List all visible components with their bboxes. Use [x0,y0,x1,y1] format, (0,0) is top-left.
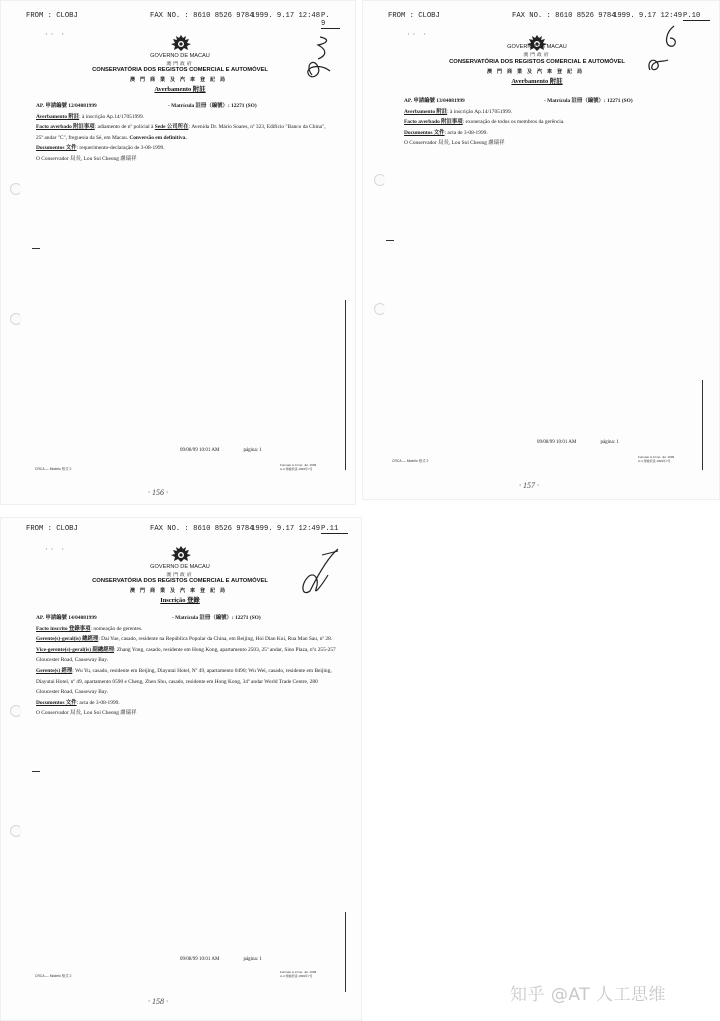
fax-number: FAX NO. : 8610 8526 9784 [150,525,254,533]
fax-page-2: FROM : CLOBJ FAX NO. : 8610 8526 9784 19… [362,0,720,500]
line-documentos: Documentos 文件: acta de 3-08-1999. [36,698,336,709]
footer-format: Formato A-4 Imp. Jul. 1999 A-4 規格紙張 1999… [280,970,316,978]
footer-model: CRCA — Modelo 格式 2 [35,466,71,471]
scan-edge-line [702,380,703,470]
ap-number: AP. 申請編號 12/04081999 [36,103,97,109]
line-facto-averbado: Facto averbado 附註事項: exoneração de todos… [404,117,699,128]
fax-datetime: 1999. 9.17 12:49 [613,12,682,20]
fax-datetime: 1999. 9.17 12:49 [251,525,320,533]
fax-page-number: P.11 [321,525,348,534]
fax-datetime: 1999. 9.17 12:48 [251,12,320,20]
macau-emblem-icon [170,545,192,563]
punch-hole [10,313,22,325]
footer-timestamp: 09/08/99 10:01 AMpágina: 1 [537,440,619,445]
punch-hole [374,174,386,186]
punch-hole [10,825,22,837]
fax-from: FROM : CLOBJ [388,12,440,20]
scan-specks: ·· · [407,30,429,39]
fax-number: FAX NO. : 8610 8526 9784 [150,12,254,20]
stamp-page-number: · 158 · [148,997,168,1006]
gov-title: GOVERNO DE MACAU [80,53,280,59]
fax-page-number: P.10 [683,12,710,21]
conservatoria-title-cn: 澳門商業及汽車登記局 [50,76,310,83]
signature-icon [300,35,340,85]
scan-edge-line [345,300,346,470]
stamp-page-number: · 157 · [519,481,539,490]
punch-hole [374,303,386,315]
conservatoria-title: CONSERVATÓRIA DOS REGISTOS COMERCIAL E A… [407,59,667,65]
footer-model: CRCA — Modelo 格式 2 [35,973,71,978]
punch-hole [10,705,22,717]
record-body: AP. 申請編號 13/04081999 - Matrícula 註冊（編號）:… [404,96,699,149]
document-type: Averbamento 附註 [437,76,637,85]
record-body: AP. 申請編號 14/04081999 - Matrícula 註冊（編號）:… [36,613,336,719]
footer-timestamp: 09/08/99 10:01 AMpágina: 1 [180,448,262,453]
line-vice-gerente-geral: Vice-gerente(s)-geral(is) 副總經理: Zhang Yo… [36,645,336,666]
matricula: - Matrícula 註冊（編號）: 12271 (SO) [172,613,261,624]
fold-mark [386,240,394,241]
fold-mark [32,771,40,772]
footer-format: Formato A-4 Imp. Jul. 1999 A-4 規格紙張 1999… [638,455,674,463]
footer-timestamp: 09/08/99 10:01 AMpágina: 1 [180,957,262,962]
line-facto-inscrito: Facto inscrito 登錄事項: nomeação de gerente… [36,624,336,635]
scan-edge-line [345,912,346,992]
line-averbamento: Averbamento 附註: à inscrição Ap.14/170519… [36,112,331,123]
fax-page-number: P. 9 [321,12,340,29]
ap-number: AP. 申請編號 13/04081999 [404,98,465,104]
punch-hole [10,183,22,195]
record-body: AP. 申請編號 12/04081999 - Matrícula 註冊（編號）:… [36,101,331,165]
line-averbamento: Averbamento 附註: à inscrição Ap.14/170519… [404,107,699,118]
footer-model: CRCA — Modelo 格式 2 [392,458,428,463]
scan-specks: ·· · [45,30,67,39]
line-documentos: Documentos 文件: requerimento-declaração d… [36,143,331,154]
scan-specks: ·· · [45,545,67,554]
gov-title: GOVERNO DE MACAU [80,564,280,570]
line-facto-averbado: Facto averbado 附註事項: adiamento de nº pol… [36,122,331,143]
gov-title: GOVERNO DE MACAU [437,44,637,50]
gov-title-cn: 澳門政府 [80,571,280,578]
zhihu-watermark: 知乎 @AT 人工思维 [510,980,666,1005]
conservatoria-title: CONSERVATÓRIA DOS REGISTOS COMERCIAL E A… [50,67,310,73]
matricula: - Matrícula 註冊（編號）: 12271 (SO) [544,96,633,107]
line-gerente-geral: Gerente(s)-geral(is) 總經理: Dai Yue, casad… [36,634,336,645]
conservador: O Conservador 局長, Lou Soi Cheong 盧瑞祥 [404,138,699,149]
line-gerentes: Gerente(s) 經理: Wu Yu, casado, residente … [36,666,336,698]
conservatoria-title-cn: 澳門商業及汽車登記局 [407,68,667,75]
footer-format: Formato A-4 Imp. Jul. 1999 A-4 規格紙張 1999… [280,463,316,471]
fax-from: FROM : CLOBJ [26,525,78,533]
fax-page-1: FROM : CLOBJ FAX NO. : 8610 8526 9784 19… [0,0,356,505]
fax-header: FROM : CLOBJ FAX NO. : 8610 8526 9784 19… [26,12,336,24]
matricula: - Matrícula 註冊（編號）: 12271 (SO) [168,101,257,112]
gov-title-cn: 澳門政府 [437,51,637,58]
fold-mark [32,248,40,249]
document-type: Averbamento 附註 [80,84,280,93]
conservatoria-title-cn: 澳門商業及汽車登記局 [50,587,310,594]
stamp-page-number: · 156 · [148,488,168,497]
conservador: O Conservador 局長, Lou Soi Cheong 盧瑞祥 [36,708,336,719]
fax-number: FAX NO. : 8610 8526 9784 [512,12,616,20]
ap-number: AP. 申請編號 14/04081999 [36,615,97,621]
signature-icon [298,545,343,600]
fax-header: FROM : CLOBJ FAX NO. : 8610 8526 9784 19… [26,525,342,537]
line-documentos: Documentos 文件: acta de 3-08-1999. [404,128,699,139]
conservatoria-title: CONSERVATÓRIA DOS REGISTOS COMERCIAL E A… [50,578,310,584]
document-type: Inscrição 登錄 [80,595,280,604]
fax-page-3: FROM : CLOBJ FAX NO. : 8610 8526 9784 19… [0,517,362,1021]
fax-from: FROM : CLOBJ [26,12,78,20]
gov-title-cn: 澳門政府 [80,60,280,67]
signature-icon [644,22,684,77]
conservador: O Conservador 局長, Lou Soi Cheong 盧瑞祥 [36,154,331,165]
macau-emblem-icon [170,34,192,52]
